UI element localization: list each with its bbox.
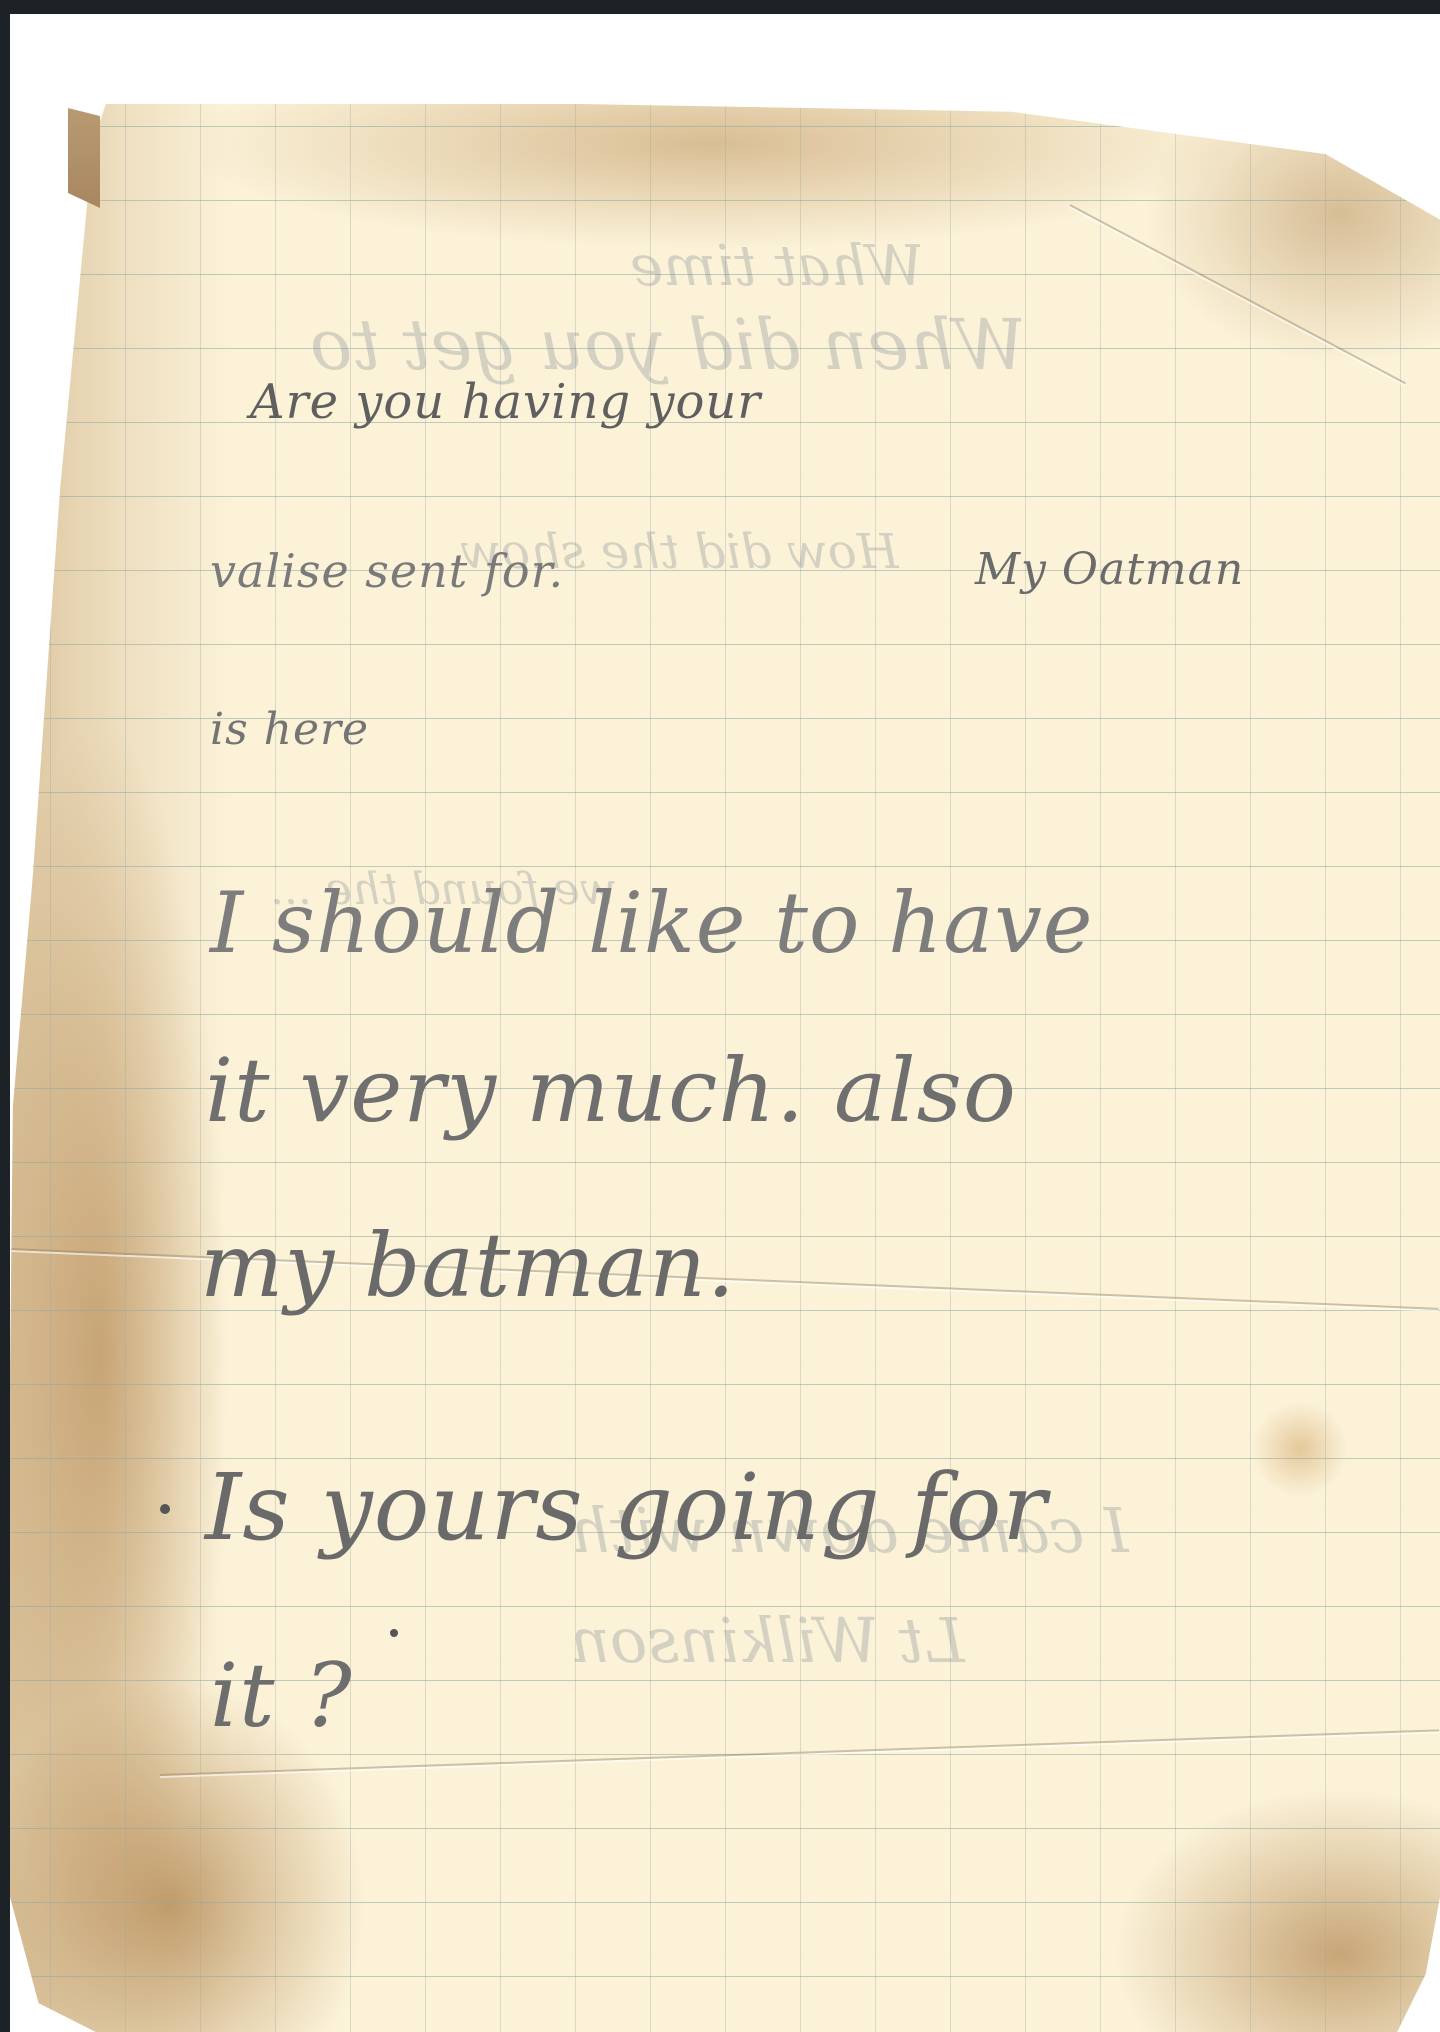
handwriting-line: it very much. also (205, 1039, 1017, 1142)
handwriting-line: Is yours going for (205, 1454, 1047, 1561)
pencil-dot (160, 1504, 170, 1514)
handwriting-line: is here (210, 704, 369, 755)
handwriting-line: it ? (210, 1644, 353, 1747)
folded-corner-tab (68, 108, 100, 208)
handwriting-line: my batman. (200, 1214, 736, 1317)
pencil-dot (390, 1629, 398, 1637)
paper-sheet: What time When did you get to How did th… (10, 104, 1440, 2032)
bleed-through-line: What time (630, 234, 924, 299)
scan-background: What time When did you get to How did th… (0, 0, 1440, 2032)
handwriting-line: I should like to have (210, 874, 1094, 972)
bleed-through-line: Lt Wilkinson (570, 1604, 965, 1677)
handwriting-line: valise sent for. (210, 544, 564, 598)
scanner-border-left (0, 0, 10, 2032)
handwriting-name: My Oatman (975, 544, 1244, 595)
scanner-border-top (0, 0, 1440, 14)
handwriting-line: Are you having your (250, 374, 761, 430)
